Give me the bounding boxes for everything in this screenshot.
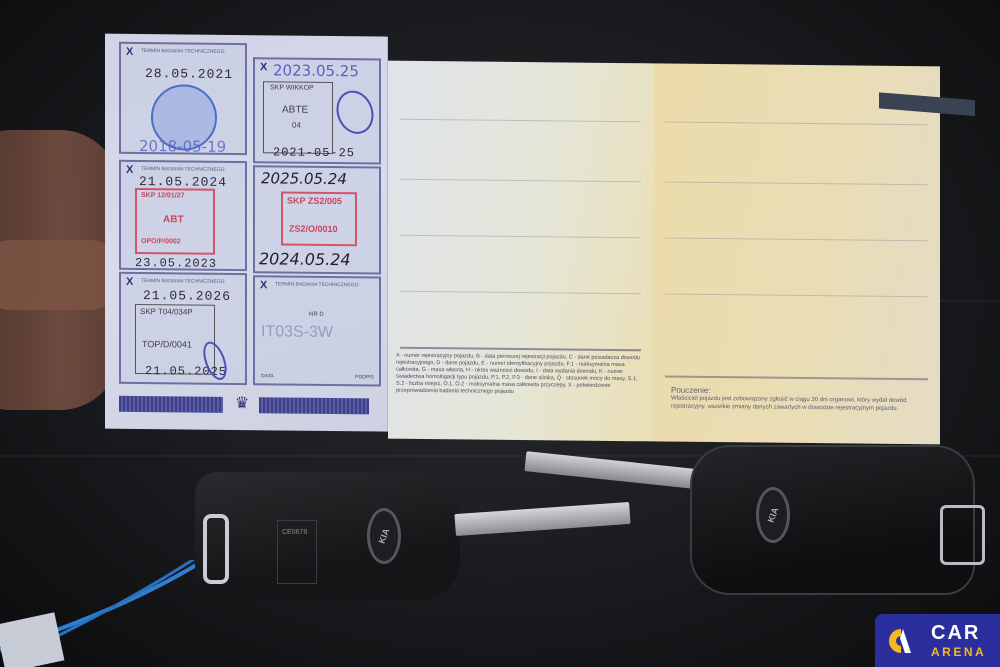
certification-label: CE0678 <box>277 520 317 584</box>
car-arena-mark-icon <box>887 626 917 656</box>
station-stamp-red: SKP ZS2/005 ZS2/O/0010 <box>281 191 357 246</box>
notice-body: Właściciel pojazdu jest zobowiązany zgło… <box>671 395 933 414</box>
inspection-date: 28.05.2021 <box>145 66 233 82</box>
car-key-fob: CE0678 KIA <box>195 472 460 600</box>
field-line <box>400 179 641 183</box>
emblem-band: ♛ <box>119 392 374 415</box>
logo-text-arena: ARENA <box>931 645 986 659</box>
field-line <box>665 181 928 185</box>
field-line <box>665 293 928 297</box>
station-stamp: SKP WIKKOP ABTE 04 <box>263 81 333 154</box>
registration-certificate: X TERMIN BADANIA TECHNICZNEGO 28.05.2021… <box>105 34 940 445</box>
handwritten-date: 2025.05.24 <box>261 169 347 188</box>
inspection-stamp-box: X TERMIN BADANIA TECHNICZNEGO 21.05.2024… <box>119 160 247 271</box>
station-id: TOP/D/0041 <box>142 339 192 350</box>
inspection-date: 21.05.2026 <box>143 288 231 304</box>
station-sub: 04 <box>292 121 301 130</box>
field-line <box>400 235 641 239</box>
kia-logo-icon: KIA <box>367 508 401 564</box>
stamp-header: TERMIN BADANIA TECHNICZNEGO <box>141 166 225 173</box>
handwritten-date: 2023.05.25 <box>273 61 359 80</box>
brand-text: KIA <box>375 521 394 551</box>
station-code: SKP 12/01/27 <box>141 192 184 199</box>
stamp-date: 2021-05-25 <box>273 145 355 160</box>
finger <box>0 240 120 310</box>
field-label: NR D <box>309 312 324 318</box>
car-key-fob: KIA <box>690 445 975 595</box>
notice-block: Pouczenie: Właściciel pojazdu jest zobow… <box>671 386 933 414</box>
station-id: ZS2/O/0010 <box>289 224 338 235</box>
inspection-stamp-box: X TERMIN BADANIA TECHNICZNEGO 21.05.2026… <box>119 272 247 385</box>
stamp-header: TERMIN BADANIA TECHNICZNEGO <box>141 278 225 285</box>
key-blade <box>454 502 630 536</box>
station-name: ABT <box>163 214 184 225</box>
car-arena-logo: CAR ARENA <box>875 614 1000 667</box>
signature-label: PODPIS <box>355 374 374 380</box>
field-line <box>665 121 928 125</box>
field-legend: A - numer rejestracyjny pojazdu, B - dat… <box>396 353 646 436</box>
signature <box>331 86 380 139</box>
notice-page: Pouczenie: Właściciel pojazdu jest zobow… <box>653 63 940 444</box>
data-page: A - numer rejestracyjny pojazdu, B - dat… <box>388 61 653 442</box>
station-name: ABTE <box>282 104 308 115</box>
date-label: DATA <box>261 373 274 379</box>
security-strip <box>879 92 975 116</box>
key-clip <box>940 505 985 565</box>
guilloche-band <box>259 397 369 414</box>
eagle-emblem-icon: ♛ <box>231 393 253 415</box>
field-line <box>665 375 928 380</box>
station-code: SKP ZS2/005 <box>287 196 342 207</box>
legend-text: A - numer rejestracyjny pojazdu, B - dat… <box>396 353 646 398</box>
field-line <box>400 291 641 295</box>
stamp-header: TERMIN BADANIA TECHNICZNEGO <box>141 48 225 55</box>
seal-date: 2018-05-19 <box>139 137 226 156</box>
inspection-stamp-box: X TERMIN BADANIA TECHNICZNEGO 28.05.2021… <box>119 42 247 155</box>
station-code: SKP WIKKOP <box>270 84 314 91</box>
faded-plate-text: IT03S-3W <box>261 323 333 342</box>
photo-scene: X TERMIN BADANIA TECHNICZNEGO 28.05.2021… <box>0 0 1000 667</box>
field-line <box>400 347 641 352</box>
inspection-stamp-box: 2025.05.24 SKP ZS2/005 ZS2/O/0010 2024.0… <box>253 165 381 274</box>
guilloche-band <box>119 396 223 413</box>
inspection-mark: X <box>260 279 267 291</box>
station-stamp-red: SKP 12/01/27 ABT OPO/P/0002 <box>135 188 215 255</box>
inspection-mark: X <box>260 61 267 73</box>
stamp-date: 23.05.2023 <box>135 256 217 271</box>
inspection-mark: X <box>126 46 133 58</box>
station-code: SKP T04/034P <box>140 307 193 317</box>
inspection-stamp-box: X 2023.05.25 SKP WIKKOP ABTE 04 2021-05-… <box>253 57 381 164</box>
key-ring-loop <box>203 514 229 584</box>
inspection-mark: X <box>126 164 133 176</box>
inspection-mark: X <box>126 276 133 288</box>
inspection-page: X TERMIN BADANIA TECHNICZNEGO 28.05.2021… <box>105 34 388 432</box>
logo-text-car: CAR <box>931 622 980 645</box>
field-line <box>400 119 641 123</box>
station-bottom: OPO/P/0002 <box>141 238 181 245</box>
field-line <box>665 237 928 241</box>
kia-logo-icon: KIA <box>756 487 790 543</box>
brand-text: KIA <box>764 500 783 530</box>
handwritten-date: 2024.05.24 <box>259 249 351 269</box>
inspection-stamp-box: X TERMIN BADANIA TECHNICZNEGO NR D IT03S… <box>253 275 381 386</box>
ce-mark: CE0678 <box>282 529 307 536</box>
stamp-header: TERMIN BADANIA TECHNICZNEGO <box>275 281 359 288</box>
